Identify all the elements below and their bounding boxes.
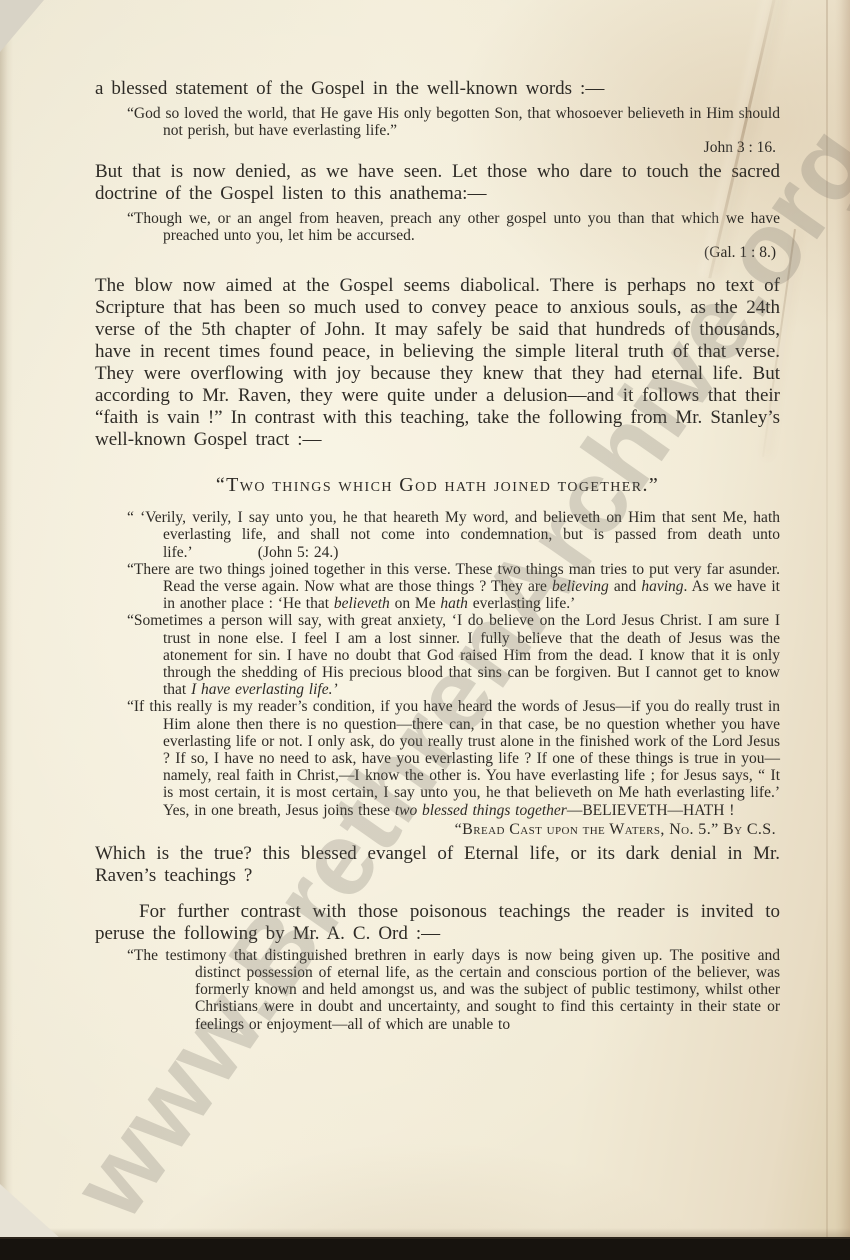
opening-line: a blessed statement of the Gospel in the… [95,78,780,100]
tract-heading: “Two things which God hath joined togeth… [95,473,780,497]
para-denied: But that is now denied, as we have seen.… [95,161,780,205]
para-blow-at-gospel: The blow now aimed at the Gospel seems d… [95,275,780,451]
scripture-ref-john-3-16: John 3 : 16. [95,139,780,156]
tract-quote-sometimes-text: “Sometimes a person will say, with great… [127,612,780,698]
tract-quote-verily: “ ‘Verily, verily, I say unto you, he th… [95,509,780,561]
tract-quote-verily-ref: (John 5: 24.) [258,544,339,561]
scripture-quote-john-3-16: “God so loved the world, that He gave Hi… [95,105,780,139]
scripture-quote-gal-1-8: “Though we, or an angel from heaven, pre… [95,210,780,244]
page-edge-right [835,0,850,1260]
tract-quote-two-things-text: “There are two things joined together in… [127,561,780,612]
scan-bottom-band [0,1237,850,1260]
tract-quote-verily-text: “ ‘Verily, verily, I say unto you, he th… [127,509,780,560]
tract-attribution: “Bread Cast upon the Waters, No. 5.” By … [95,821,780,839]
tract-quote-two-things: “There are two things joined together in… [95,561,780,613]
tract-quote-sometimes: “Sometimes a person will say, with great… [95,612,780,698]
tract-quote-if-this-text: “If this really is my reader’s condition… [127,698,780,818]
para-further-contrast: For further contrast with those poisonou… [95,901,780,945]
page-corner-bottom-left [0,1184,62,1240]
page-edge-left [0,0,13,1260]
scripture-ref-gal-1-8: (Gal. 1 : 8.) [95,244,780,261]
page-text: a blessed statement of the Gospel in the… [95,74,780,1033]
para-which-is-true: Which is the true? this blessed evangel … [95,843,780,887]
scanned-document-page: a blessed statement of the Gospel in the… [0,0,850,1260]
ord-quote-testimony: “The testimony that distinguished brethr… [95,947,780,1033]
page-corner-top-left [0,0,44,52]
paper-crease-edge [826,0,828,1260]
tract-quote-if-this: “If this really is my reader’s condition… [95,698,780,818]
